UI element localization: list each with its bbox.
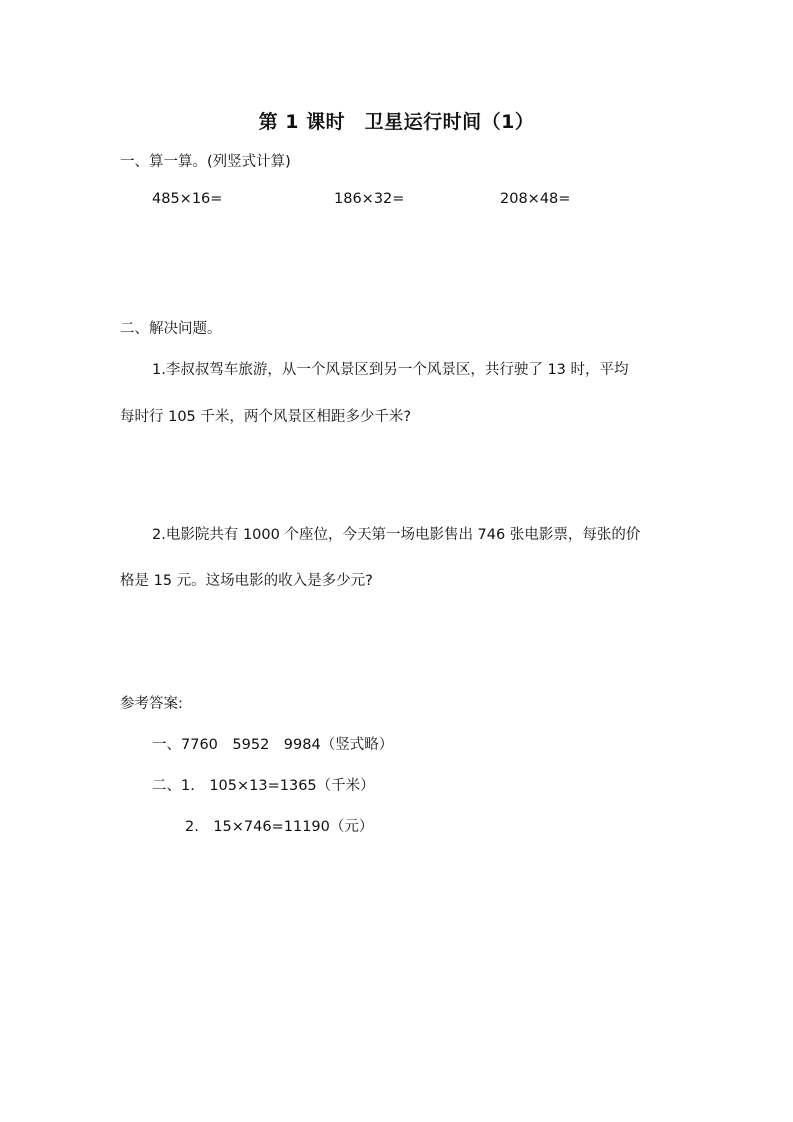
answer-q2: 2. 15×746=11190（元） [185, 815, 373, 836]
problem-2: 186×32= [334, 191, 404, 207]
question-2-line1: 2.电影院共有 1000 个座位，今天第一场电影售出 746 张电影票，每张的价 [152, 523, 640, 544]
question-1-line2: 每时行 105 千米，两个风景区相距多少千米? [120, 405, 411, 426]
problem-3: 208×48= [500, 191, 570, 207]
section2-heading: 二、解决问题。 [120, 317, 222, 338]
answer-q1: 二、1. 105×13=1365（千米） [152, 774, 375, 795]
page-title: 第 1 课时 卫星运行时间（1） [0, 107, 793, 134]
question-2-line2: 格是 15 元。这场电影的收入是多少元? [120, 569, 373, 590]
answer-section1: 一、7760 5952 9984（竖式略） [152, 733, 393, 754]
answers-heading: 参考答案: [120, 692, 183, 713]
problem-1: 485×16= [152, 191, 222, 207]
section1-heading: 一、算一算。(列竖式计算) [120, 150, 291, 171]
question-1-line1: 1.李叔叔驾车旅游，从一个风景区到另一个风景区，共行驶了 13 时，平均 [152, 358, 629, 379]
